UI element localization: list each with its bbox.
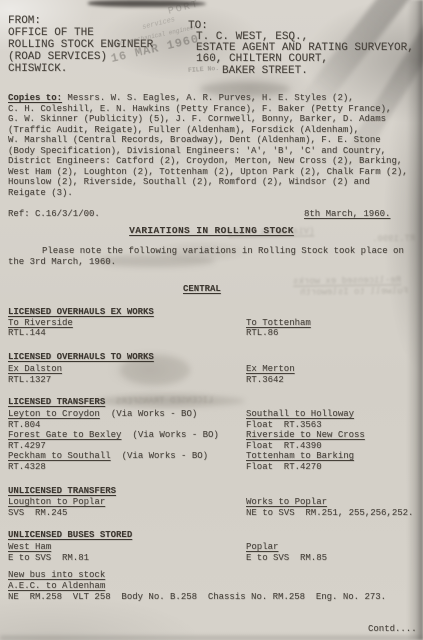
fleet-detail: RT.4297 — [8, 441, 46, 451]
from-line: (ROAD SERVICES) — [8, 51, 107, 63]
section-heading: LICENSED OVERHAULS EX WORKS — [8, 307, 154, 317]
scanned-memo-page: PORT services chief mechanical engineer … — [0, 0, 423, 640]
section-heading: LICENSED TRANSFERS — [8, 397, 105, 407]
route-name: Loughton to Poplar — [8, 497, 105, 507]
section-heading: UNLICENSED BUSES STORED — [8, 530, 132, 540]
ref-number: Ref: C.16/3/1/00. — [8, 209, 100, 219]
route-name: Riverside to New Cross — [246, 430, 365, 440]
fleet-detail: Float RT.4270 — [246, 462, 322, 472]
copies-line: (Traffic Audit, Reigate), Fuller (Aldenh… — [8, 125, 359, 135]
copies-line: G. W. Skinner (Publicity) (5), J. F. Cor… — [8, 114, 386, 124]
from-line: OFFICE OF THE — [8, 27, 94, 39]
fleet-detail: RTL.1327 — [8, 375, 51, 385]
copies-line: C. H. Coleshill, E. N. Hawkins (Petty Fr… — [8, 104, 391, 114]
route-note: (Via Works - BO) — [111, 409, 197, 419]
fleet-detail: RTL.86 — [246, 328, 278, 338]
route-name: Tottenham to Barking — [246, 451, 354, 461]
copies-line: Copies to: Messrs. W. S. Eagles, A. R. P… — [8, 93, 354, 103]
copies-line: District Engineers: Catford (2), Croydon… — [8, 156, 402, 166]
fleet-detail: SVS RM.245 — [8, 508, 67, 518]
route-name: Poplar — [246, 542, 278, 552]
intro-line: Please note the following variations in … — [42, 246, 404, 256]
fleet-detail: RTL.144 — [8, 328, 46, 338]
ghost-text: Fulwell to Isleworth — [300, 286, 408, 298]
fleet-detail: NE to SVS RM.251, 255,256,252. — [246, 508, 413, 518]
new-bus-heading: New bus into stock — [8, 570, 105, 580]
to-line: 160, CHILTERN COURT, — [196, 53, 328, 65]
route-name: Southall to Holloway — [246, 409, 354, 419]
route-note: (Via Works - BO) — [122, 451, 208, 461]
route-name: Forest Gate to Bexley — [8, 430, 121, 440]
fleet-detail: E to SVS RM.85 — [246, 553, 327, 563]
new-bus-subheading: A.E.C. to Aldenham — [8, 581, 105, 591]
fleet-detail: E to SVS RM.81 — [8, 553, 89, 563]
route-name: Ex Dalston — [8, 364, 62, 374]
scan-right-shadow — [407, 0, 423, 640]
route-note: (Via Works - BO) — [132, 430, 218, 440]
from-label: FROM: — [8, 15, 41, 27]
ghost-text: LICENSED TRANSFERS — [116, 395, 213, 406]
copies-line: West Ham (2), Loughton (2), Tottenham (2… — [8, 167, 408, 177]
route-name: Peckham to Southall — [8, 451, 111, 461]
route-row: Forest Gate to Bexley(Via Works - BO) — [8, 430, 219, 440]
copies-to-label: Copies to: — [8, 93, 62, 103]
to-line: BAKER STREET. — [222, 65, 308, 77]
copies-line: (Body Specification), Divisional Enginee… — [8, 146, 386, 156]
copies-line: Reigate (3). — [8, 188, 73, 198]
route-name: Works to Poplar — [246, 497, 327, 507]
intro-line: the 3rd March, 1960. — [8, 257, 116, 267]
fleet-detail: Float RT.4390 — [246, 441, 322, 451]
region-heading: CENTRAL — [183, 284, 221, 294]
route-name: To Riverside — [8, 318, 73, 328]
route-name: Leyton to Croydon — [8, 409, 100, 419]
copies-line: Hounslow (2), Riverside, Southall (2), R… — [8, 177, 370, 187]
route-name: Ex Merton — [246, 364, 295, 374]
section-heading: LICENSED OVERHAULS TO WORKS — [8, 352, 154, 362]
route-row: Peckham to Southall(Via Works - BO) — [8, 451, 208, 461]
fleet-detail: RT.804 — [8, 420, 40, 430]
section-heading: UNLICENSED TRANSFERS — [8, 486, 116, 496]
ghost-text: RT.1990. — [372, 234, 415, 245]
ghost-text: (Via works - BO) — [228, 226, 315, 237]
route-row: Leyton to Croydon(Via Works - BO) — [8, 409, 197, 419]
copies-line: W. Marshall (Central Records, Broadway),… — [8, 135, 381, 145]
contd-note: Contd.... — [368, 624, 417, 634]
fleet-detail: RT.4328 — [8, 462, 46, 472]
ghost-text: Re-licensed ex works — [293, 275, 401, 287]
letter-date: 8th March, 1960. — [304, 209, 390, 219]
fleet-detail: Float RT.3563 — [246, 420, 322, 430]
route-name: West Ham — [8, 542, 51, 552]
new-bus-detail: NE RM.258 VLT 258 Body No. B.258 Chassis… — [8, 592, 386, 602]
file-no-stamp: FILE No. — [188, 65, 220, 74]
copies-line-text: Messrs. W. S. Eagles, A. R. Purves, H. E… — [62, 93, 354, 103]
scan-bottom-shadow — [0, 636, 423, 640]
from-line: ROLLING STOCK ENGINEER — [8, 39, 153, 51]
from-line: CHISWICK. — [8, 63, 67, 75]
fleet-detail: RT.3642 — [246, 375, 284, 385]
route-name: To Tottenham — [246, 318, 311, 328]
